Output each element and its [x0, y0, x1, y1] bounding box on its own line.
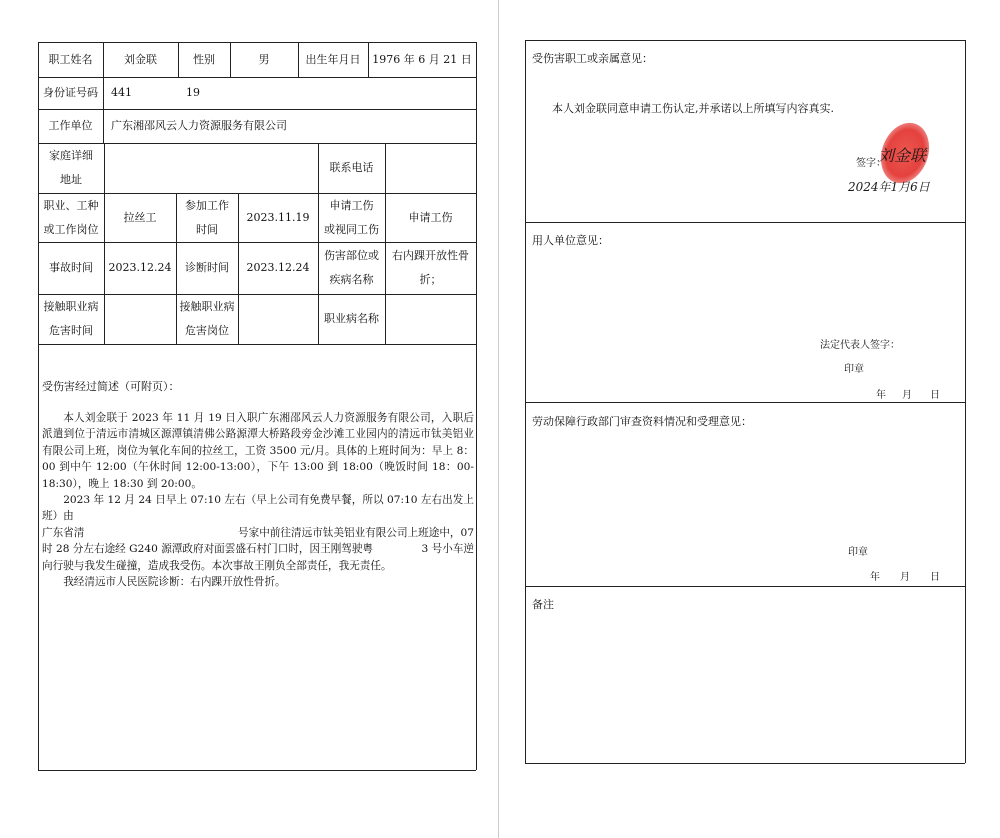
employer-date-year: 年: [876, 386, 886, 401]
narrative-para2-line2a: 广东省清: [42, 525, 84, 541]
narrative-para1: 本人刘金联于 2023 年 11 月 19 日入职广东湘邵风云人力资源服务有限公…: [42, 410, 474, 492]
labor-dept-date-day: 日: [930, 568, 940, 583]
exposure-time-label: 接触职业病 危害时间: [38, 294, 104, 344]
narrative-body: 本人刘金联于 2023 年 11 月 19 日入职广东湘邵风云人力资源服务有限公…: [42, 410, 474, 590]
name-value: 刘金联: [103, 42, 178, 77]
gender-value: 男: [230, 42, 298, 77]
apply-type-label-line2: 或视同工伤: [324, 218, 379, 242]
narrative-heading: 受伤害经过简述（可附页）：: [42, 378, 180, 394]
start-date-value: 2023.11.19: [238, 193, 318, 242]
table-border: [476, 42, 477, 770]
id-value-part1: 441: [103, 77, 183, 109]
employer-seal-label: 印章: [844, 360, 864, 375]
injury-value-line2: 折；: [420, 268, 442, 292]
remarks-heading: 备注: [532, 596, 554, 612]
table-border: [525, 40, 965, 41]
exposure-time-value: [104, 294, 176, 344]
start-date-label-line1: 参加工作: [185, 194, 229, 218]
diagnosis-time-value: 2023.12.24: [238, 242, 318, 294]
gender-label: 性别: [178, 42, 230, 77]
injury-value-line1: 右内踝开放性骨: [392, 244, 469, 268]
disease-name-value: [385, 294, 476, 344]
row-line: [525, 222, 965, 223]
apply-type-label-line1: 申请工伤: [330, 194, 374, 218]
job-label: 职业、工种 或工作岗位: [38, 193, 104, 242]
job-label-line2: 或工作岗位: [44, 218, 99, 242]
injury-label: 伤害部位或 疾病名称: [318, 242, 385, 294]
accident-time-label: 事故时间: [38, 242, 104, 294]
narrative-para3: 我经清远市人民医院诊断：右内踝开放性骨折。: [42, 574, 474, 590]
apply-type-value: 申请工伤: [385, 193, 476, 242]
employer-opinion-heading: 用人单位意见：: [532, 232, 609, 248]
employer-value: 广东湘邵风云人力资源服务有限公司: [103, 109, 476, 143]
employer-label: 工作单位: [38, 109, 103, 143]
start-date-label: 参加工作 时间: [176, 193, 238, 242]
narrative-para2-line3a: 时 28 分左右途经 G240 源潭政府对面雲盛石村门口时，因王刚驾驶粤: [42, 541, 373, 557]
id-value-part2: 19: [178, 77, 238, 109]
table-border: [525, 763, 965, 764]
address-label-line2: 地址: [60, 168, 82, 192]
disease-name-label: 职业病名称: [318, 294, 385, 344]
job-value: 拉丝工: [104, 193, 176, 242]
legal-rep-sign-label: 法定代表人签字：: [820, 336, 900, 351]
address-value: [104, 143, 318, 193]
diagnosis-time-label: 诊断时间: [176, 242, 238, 294]
exposure-post-label-line1: 接触职业病: [180, 295, 235, 319]
row-line: [38, 344, 476, 345]
apply-type-label: 申请工伤 或视同工伤: [318, 193, 385, 242]
handwritten-date: 2024年1月6日: [848, 178, 930, 195]
row-line: [525, 402, 965, 403]
handwritten-signature: 刘金联: [878, 143, 926, 166]
worker-opinion-heading: 受伤害职工或亲属意见：: [532, 50, 653, 66]
name-label: 职工姓名: [38, 42, 103, 77]
injury-value: 右内踝开放性骨 折；: [385, 242, 476, 294]
narrative-para2-line2: 广东省清 号家中前往清远市钛美铝业有限公司上班途中，07: [42, 525, 474, 541]
page-fold-line: [498, 0, 499, 838]
labor-dept-date-month: 月: [900, 568, 910, 583]
narrative-para2-line1: 2023 年 12 月 24 日早上 07:10 左右（早上公司有免费早餐，所以…: [42, 492, 474, 525]
labor-dept-seal-label: 印章: [848, 543, 868, 558]
address-label: 家庭详细 地址: [38, 143, 104, 193]
dob-label: 出生年月日: [298, 42, 368, 77]
labor-dept-date-year: 年: [870, 568, 880, 583]
narrative-para2-line2b: 号家中前往清远市钛美铝业有限公司上班途中，07: [238, 525, 474, 541]
table-border: [965, 40, 966, 763]
exposure-post-value: [238, 294, 318, 344]
dob-value: 1976 年 6 月 21 日: [368, 42, 476, 77]
id-label: 身份证号码: [38, 77, 103, 109]
job-label-line1: 职业、工种: [44, 194, 99, 218]
accident-time-value: 2023.12.24: [104, 242, 176, 294]
employer-date-month: 月: [902, 386, 912, 401]
phone-label: 联系电话: [318, 143, 385, 193]
injury-label-line2: 疾病名称: [330, 268, 374, 292]
row-line: [525, 586, 965, 587]
injury-label-line1: 伤害部位或: [324, 244, 379, 268]
employer-date-day: 日: [930, 386, 940, 401]
narrative-para2-line3b: 3 号小车逆: [422, 541, 474, 557]
exposure-time-label-line2: 危害时间: [49, 319, 93, 343]
start-date-label-line2: 时间: [196, 218, 218, 242]
table-border: [525, 40, 526, 763]
narrative-para2-line3: 时 28 分左右途经 G240 源潭政府对面雲盛石村门口时，因王刚驾驶粤 3 号…: [42, 541, 474, 557]
address-label-line1: 家庭详细: [49, 144, 93, 168]
table-border: [38, 770, 476, 771]
worker-opinion-statement: 本人刘金联同意申请工伤认定,并承诺以上所填写内容真实.: [552, 100, 834, 116]
narrative-para2-line4: 向行驶与我发生碰撞，造成我受伤。本次事故王刚负全部责任，我无责任。: [42, 558, 474, 574]
phone-value: [385, 143, 476, 193]
exposure-time-label-line1: 接触职业病: [44, 295, 99, 319]
labor-dept-heading: 劳动保障行政部门审查资料情况和受理意见：: [532, 413, 752, 429]
exposure-post-label-line2: 危害岗位: [185, 319, 229, 343]
exposure-post-label: 接触职业病 危害岗位: [176, 294, 238, 344]
